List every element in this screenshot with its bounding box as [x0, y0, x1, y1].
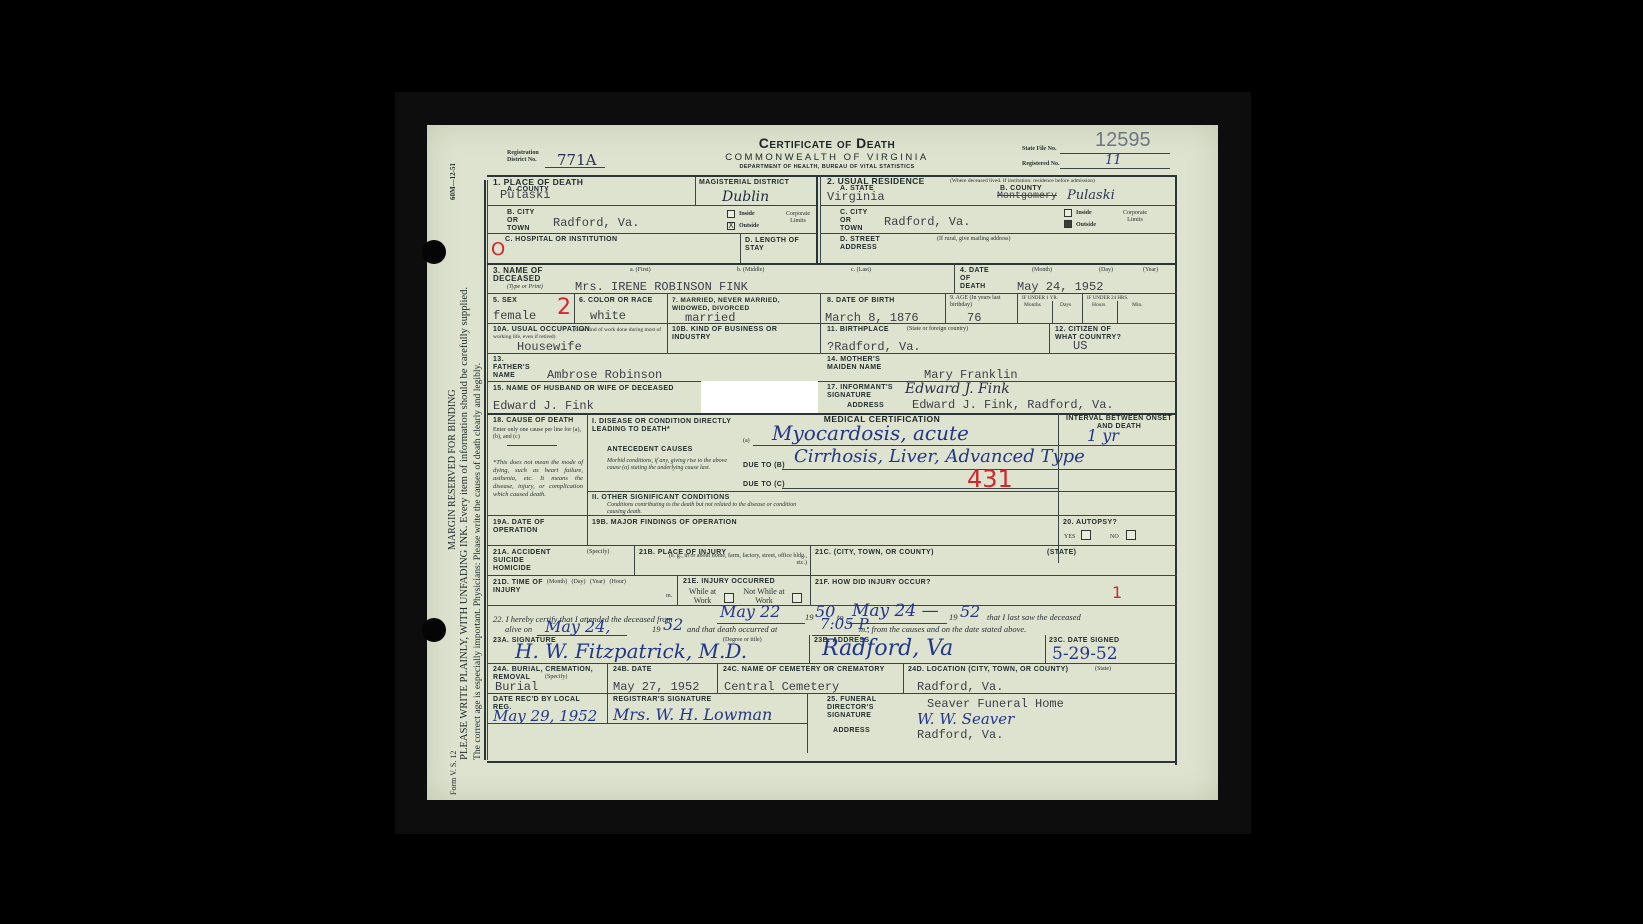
physician-signature: H. W. Fitzpatrick, M.D.: [515, 639, 747, 663]
residence-county-value: Pulaski: [1067, 188, 1115, 203]
spouse-name-value: Edward J. Fink: [493, 399, 594, 413]
birthplace-value: ?Radford, Va.: [827, 340, 921, 354]
place-of-death-label: 1. PLACE OF DEATH: [493, 178, 583, 186]
sex-value: female: [493, 309, 536, 323]
department-label: DEPARTMENT OF HEALTH, BUREAU OF VITAL ST…: [667, 164, 987, 170]
registration-district-no: 771A: [557, 151, 596, 169]
form-code: Form V. S. 12: [449, 751, 458, 795]
binding-note: MARGIN RESERVED FOR BINDING: [447, 389, 458, 550]
deceased-name-value: Mrs. IRENE ROBINSON FINK: [575, 280, 748, 294]
funeral-home-value: Seaver Funeral Home: [927, 697, 1064, 711]
cause-code: 431: [967, 465, 1013, 493]
date-signed: 5-29-52: [1052, 644, 1118, 664]
death-certificate: Form V. S. 12 60M—12-51 MARGIN RESERVED …: [427, 125, 1218, 800]
commonwealth-label: COMMONWEALTH OF VIRGINIA: [667, 152, 987, 163]
binding-hole-top: [422, 240, 446, 264]
magisterial-district-value: Dublin: [722, 189, 769, 205]
residence-inside-checkbox[interactable]: [1064, 209, 1072, 217]
instruction-line-1: PLEASE WRITE PLAINLY, WITH UNFADING INK.…: [459, 287, 470, 760]
residence-outside-checkbox[interactable]: [1064, 220, 1072, 228]
print-code: 60M—12-51: [449, 163, 457, 200]
physician-address: Radford, Va: [822, 636, 953, 661]
registered-no-label: Registered No.: [1022, 161, 1060, 168]
deceased-name-label: 3. NAME OF DECEASED: [493, 267, 553, 283]
redacted-area: [701, 381, 818, 414]
autopsy-yes-checkbox[interactable]: [1081, 530, 1091, 540]
burial-date-value: May 27, 1952: [613, 680, 699, 694]
cemetery-value: Central Cemetery: [724, 680, 839, 694]
funeral-director-signature: W. W. Seaver: [917, 710, 1014, 728]
state-file-no: 12595: [1095, 129, 1151, 152]
attended-to-year: 52: [960, 602, 980, 621]
death-city-value: Radford, Va.: [553, 216, 639, 230]
funeral-address-value: Radford, Va.: [917, 728, 1003, 742]
cause-a-value: Myocardosis, acute: [772, 421, 969, 445]
occupation-value: Housewife: [517, 340, 582, 354]
burial-location-value: Radford, Va.: [917, 680, 1003, 694]
residence-city-value: Radford, Va.: [884, 215, 970, 229]
alive-on-date: May 24,: [545, 617, 611, 636]
mother-name-value: Mary Franklin: [924, 368, 1018, 382]
certificate-title: Certificate of Death: [687, 135, 967, 151]
margin-rule: [484, 180, 486, 760]
registration-district-label: Registration District No.: [507, 150, 547, 164]
hospital-code: O: [491, 239, 505, 260]
usual-residence-label: 2. USUAL RESIDENCE: [827, 177, 925, 185]
residence-county-struck: Montgomery: [997, 191, 1057, 202]
cause-b-value: Cirrhosis, Liver, Advanced Type: [794, 446, 1085, 467]
binding-hole-bottom: [422, 618, 446, 642]
alive-on-year: 52: [663, 615, 683, 634]
burial-method-value: Burial: [495, 680, 538, 694]
interval-value: 1 yr: [1087, 426, 1119, 445]
registered-no: 11: [1105, 153, 1122, 168]
citizen-value: US: [1073, 339, 1087, 353]
informant-signature: Edward J. Fink: [905, 381, 1010, 397]
death-outside-checkbox[interactable]: X: [727, 222, 735, 230]
residence-state-value: Virginia: [827, 190, 885, 204]
instruction-line-2: The correct age is especially important.…: [472, 363, 483, 760]
date-of-death-value: May 24, 1952: [1017, 280, 1103, 294]
father-name-value: Ambrose Robinson: [547, 368, 662, 382]
race-value: white: [590, 309, 626, 323]
autopsy-no-checkbox[interactable]: [1126, 530, 1136, 540]
informant-address-value: Edward J. Fink, Radford, Va.: [912, 398, 1114, 412]
injury-mark: 1: [1112, 583, 1122, 602]
attended-from-date: May 22: [720, 602, 780, 621]
death-inside-checkbox[interactable]: [727, 210, 735, 218]
registrar-signature: Mrs. W. H. Lowman: [613, 705, 772, 724]
sex-code: 2: [557, 295, 571, 320]
state-file-label: State File No.: [1022, 146, 1057, 153]
death-county-value: Pulaski: [500, 188, 550, 202]
not-while-at-work-checkbox[interactable]: [792, 593, 802, 603]
